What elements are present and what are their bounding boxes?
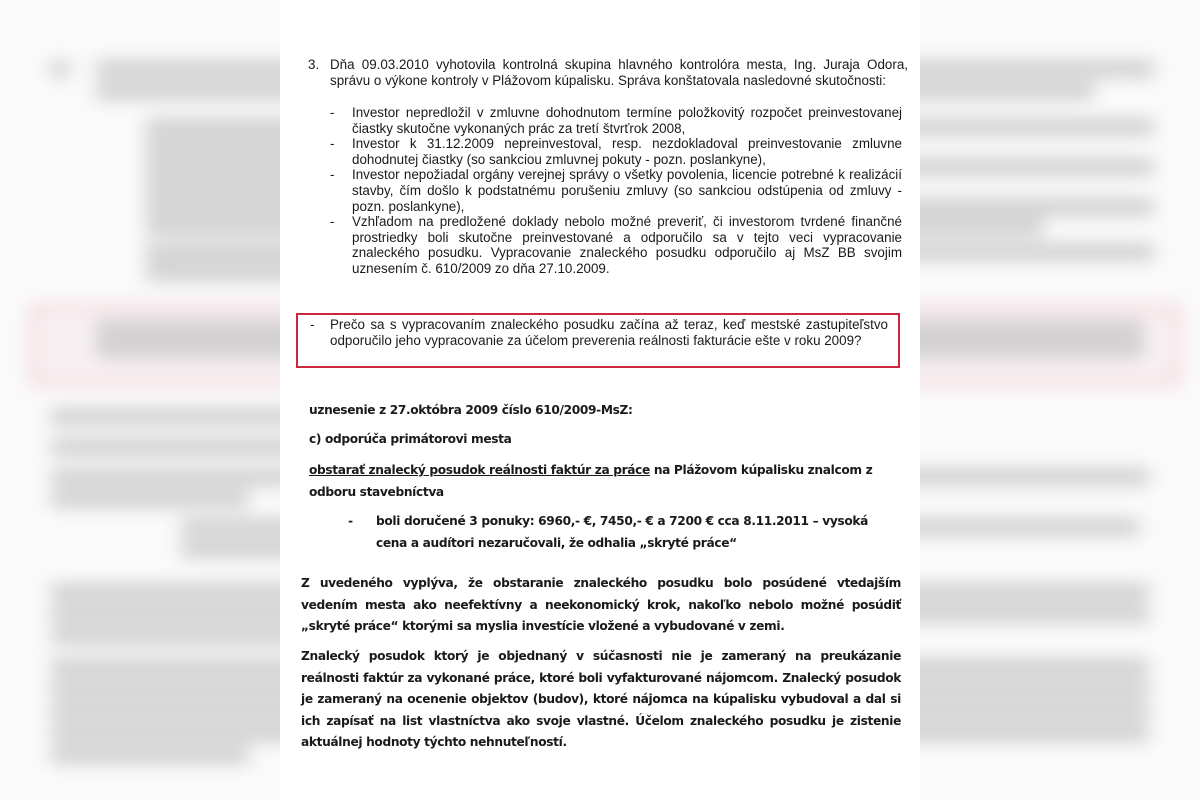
- finding-item: - Vzhľadom na predložené doklady nebolo …: [330, 214, 902, 276]
- finding-item: - Investor nepredložil v zmluvne dohodnu…: [330, 105, 902, 136]
- expert-opinion-paragraph: Znalecký posudok ktorý je objednaný v sú…: [301, 646, 901, 754]
- finding-text: Investor nepožiadal orgány verejnej sprá…: [352, 167, 902, 213]
- bullet-dash: -: [310, 317, 314, 333]
- offers-item: - boli doručené 3 ponuky: 6960,- €, 7450…: [348, 511, 868, 554]
- finding-text: Investor nepredložil v zmluvne dohodnuto…: [352, 105, 902, 136]
- resolution-task-underlined: obstarať znalecký posudok reálnosti fakt…: [309, 463, 650, 477]
- finding-item: - Investor nepožiadal orgány verejnej sp…: [330, 167, 902, 214]
- bullet-dash: -: [330, 167, 334, 183]
- offers-text: boli doručené 3 ponuky: 6960,- €, 7450,-…: [348, 511, 868, 554]
- resolution-clause: c) odporúča primátorovi mesta: [309, 429, 512, 451]
- question-text: Prečo sa s vypracovaním znaleckého posud…: [330, 317, 888, 348]
- document-page: 3. Dňa 09.03.2010 vyhotovila kontrolná s…: [280, 0, 920, 800]
- document-screenshot: 3. Dňa 09.03.2010 vyhotovila kontrolná s…: [0, 0, 1200, 800]
- resolution-task: obstarať znalecký posudok reálnosti fakt…: [309, 460, 895, 503]
- findings-list: - Investor nepredložil v zmluvne dohodnu…: [330, 105, 902, 277]
- section-3: 3. Dňa 09.03.2010 vyhotovila kontrolná s…: [308, 57, 908, 88]
- bullet-dash: -: [348, 511, 353, 533]
- bullet-dash: -: [330, 136, 334, 152]
- finding-item: - Investor k 31.12.2009 nepreinvestoval,…: [330, 136, 902, 167]
- finding-text: Vzhľadom na predložené doklady nebolo mo…: [352, 214, 902, 276]
- conclusion-paragraph: Z uvedeného vyplýva, že obstaranie znale…: [301, 573, 901, 638]
- bullet-dash: -: [330, 214, 334, 230]
- highlighted-question-box: - Prečo sa s vypracovaním znaleckého pos…: [296, 313, 900, 368]
- section-intro: Dňa 09.03.2010 vyhotovila kontrolná skup…: [330, 57, 908, 88]
- bullet-dash: -: [330, 105, 334, 121]
- section-number: 3.: [308, 57, 319, 73]
- resolution-title: uznesenie z 27.októbra 2009 číslo 610/20…: [309, 400, 633, 422]
- highlighted-question: - Prečo sa s vypracovaním znaleckého pos…: [310, 317, 888, 348]
- finding-text: Investor k 31.12.2009 nepreinvestoval, r…: [352, 136, 902, 167]
